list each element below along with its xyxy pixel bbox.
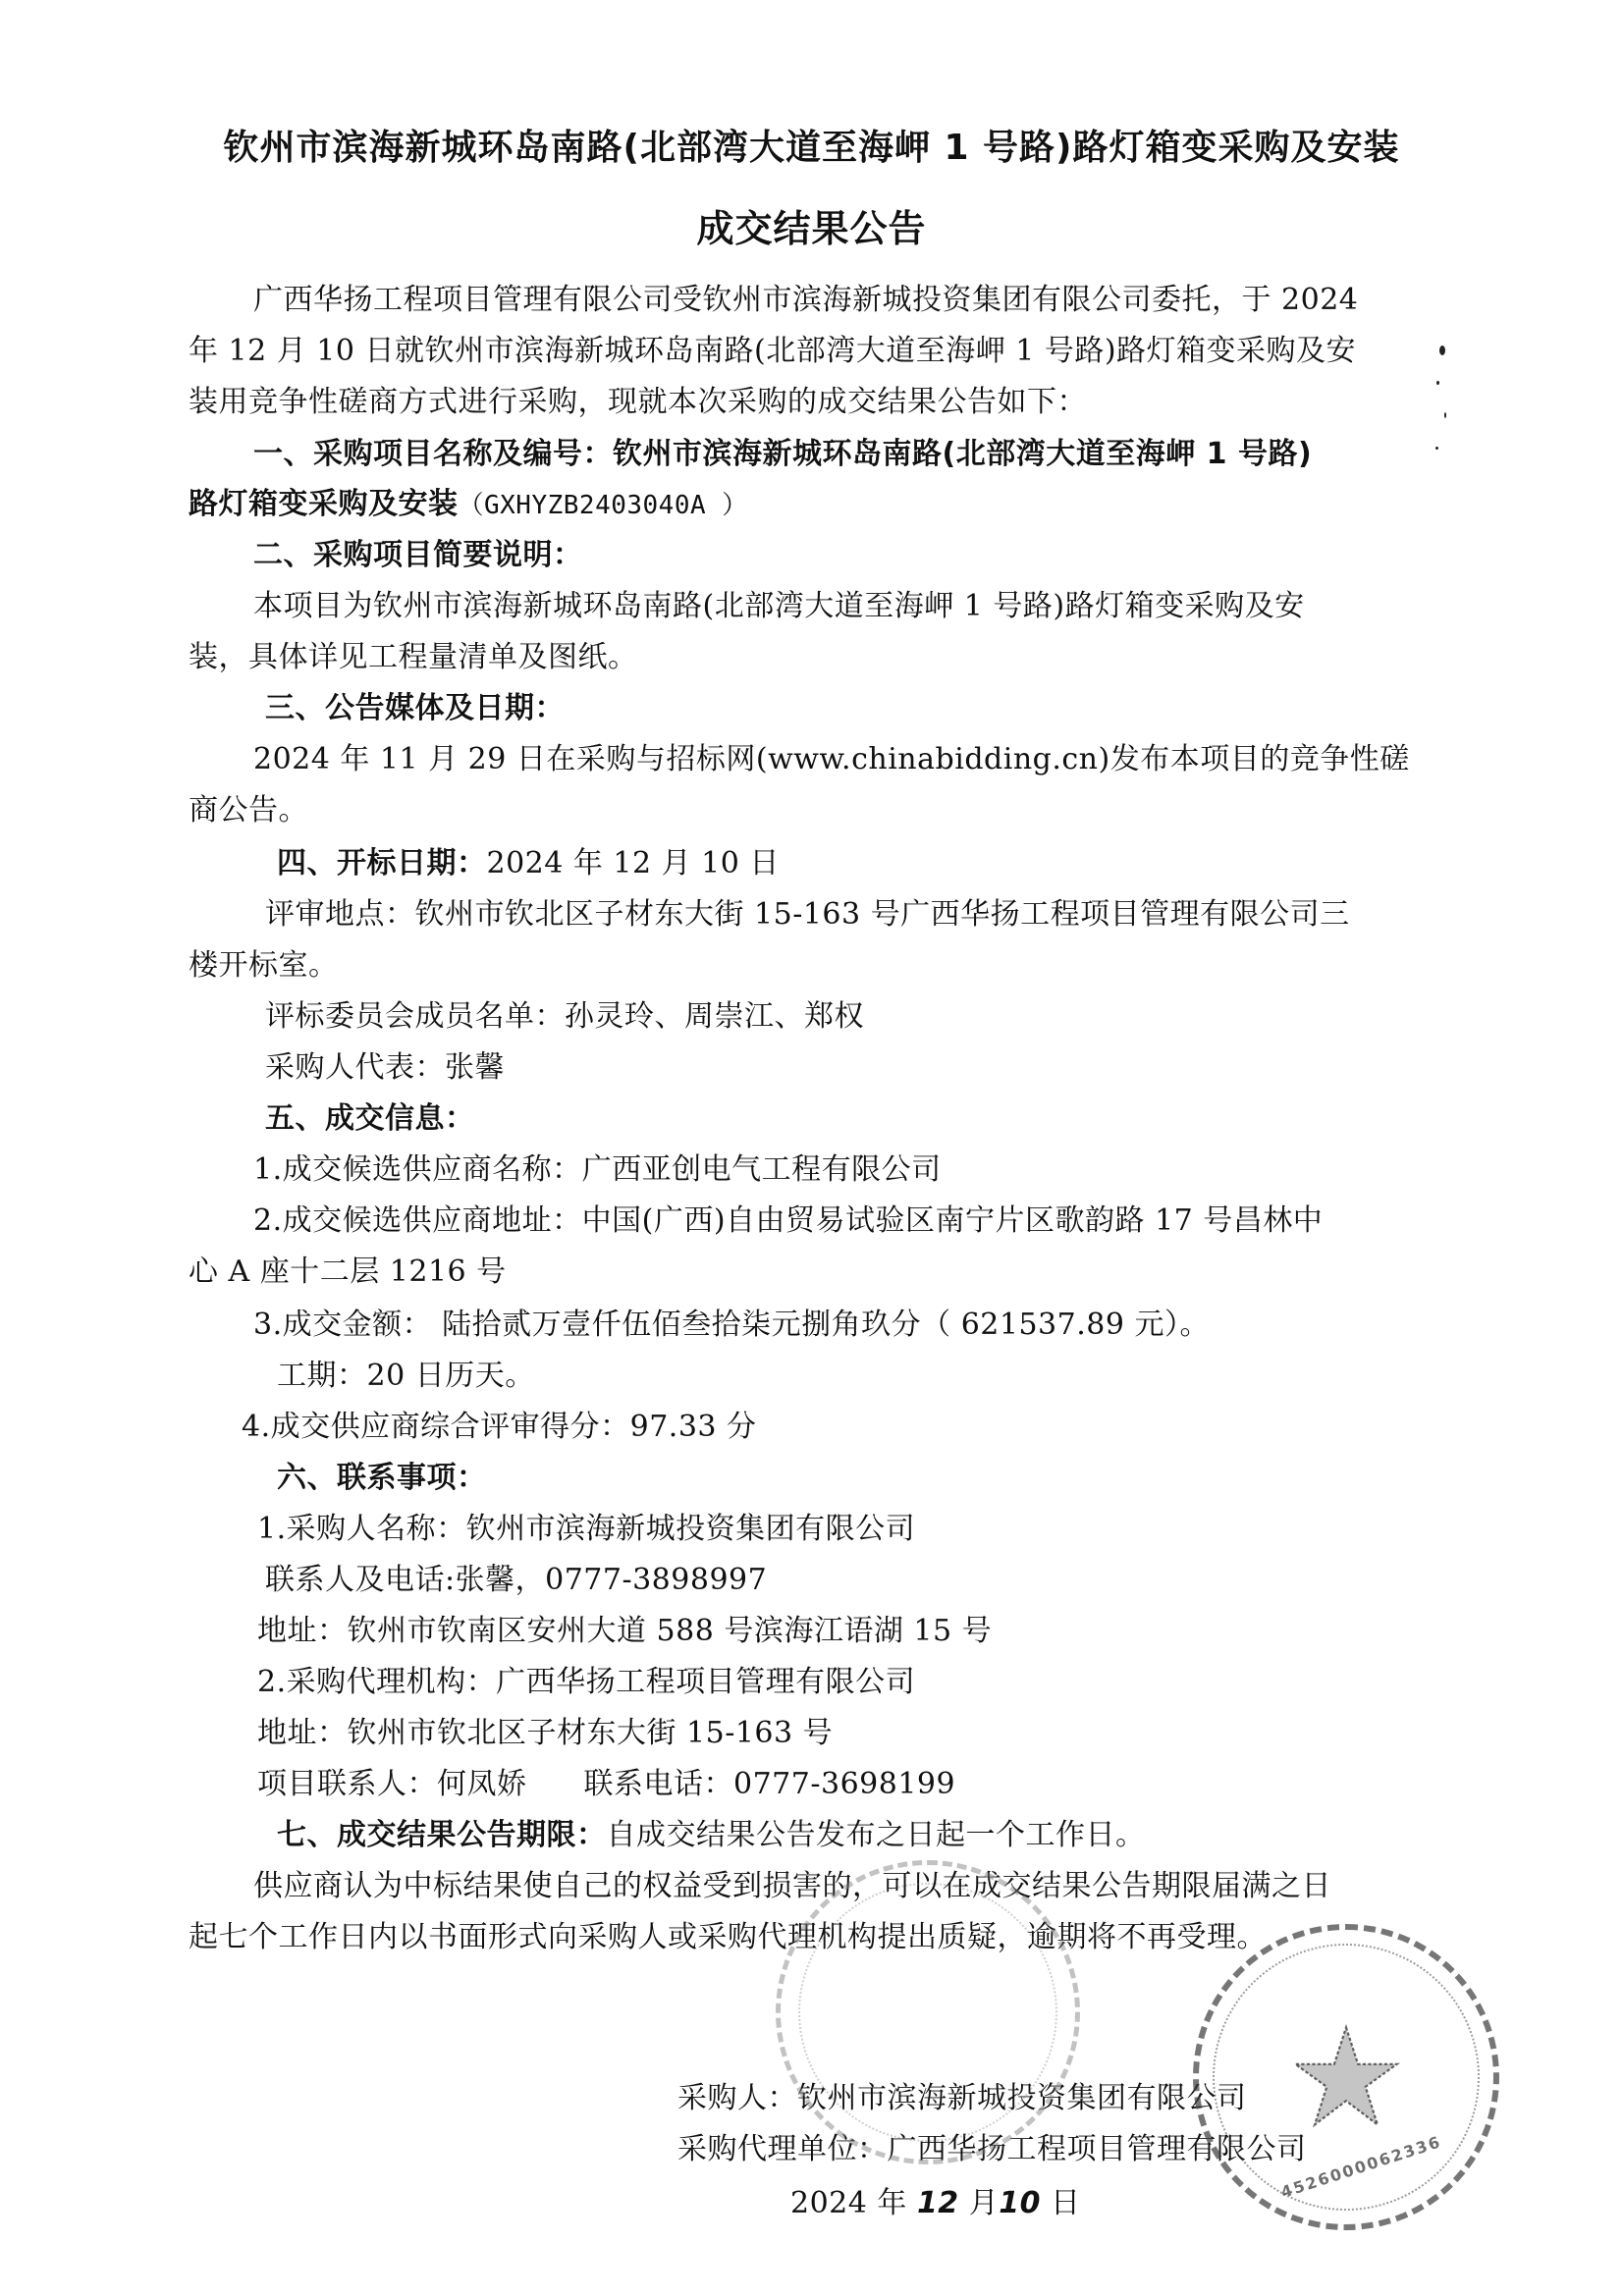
- purchaser-address: 地址：钦州市钦南区安州大道 588 号滨海江语湖 15 号: [257, 1612, 992, 1651]
- date-year: 2024 年: [790, 2186, 907, 2220]
- agency-contact-person: 项目联系人：何凤娇: [257, 1767, 527, 1801]
- seal-star-icon: [1292, 2023, 1400, 2131]
- scan-mark: [1444, 412, 1446, 418]
- section1-line1: 一、采购项目名称及编号：钦州市滨海新城环岛南路(北部湾大道至海岬 1 号路): [253, 435, 1312, 474]
- publicity-period: 自成交结果公告发布之日起一个工作日。: [607, 1818, 1146, 1852]
- intro-line: 广西华扬工程项目管理有限公司受钦州市滨海新城投资集团有限公司委托，于 2024: [253, 281, 1358, 320]
- section1-project-name-part2: 路灯箱变采购及安装: [189, 487, 459, 521]
- evaluation-score: 4.成交供应商综合评审得分：97.33 分: [242, 1408, 757, 1447]
- intro-line: 年 12 月 10 日就钦州市滨海新城环岛南路(北部湾大道至海岬 1 号路)路灯…: [189, 332, 1356, 371]
- agency-address: 地址：钦州市钦北区子材东大街 15-163 号: [257, 1714, 833, 1753]
- section1-project-name-part1: 钦州市滨海新城环岛南路(北部湾大道至海岬 1 号路): [613, 437, 1312, 471]
- committee-members: 评标委员会成员名单：孙灵玲、周崇江、郑权: [265, 997, 864, 1037]
- section3-line: 2024 年 11 月 29 日在采购与招标网(www.chinabidding…: [253, 740, 1410, 779]
- signature-date: 2024 年 12 月10 日: [790, 2184, 1081, 2223]
- venue-line: 楼开标室。: [189, 946, 339, 986]
- section2-line: 本项目为钦州市滨海新城环岛南路(北部湾大道至海岬 1 号路)路灯箱变采购及安: [253, 587, 1305, 626]
- date-day-label: 日: [1051, 2186, 1081, 2220]
- complaint-notice-line: 起七个工作日内以书面形式向采购人或采购代理机构提出质疑，逾期将不再受理。: [189, 1918, 1267, 1957]
- venue-line: 评审地点：钦州市钦北区子材东大街 15-163 号广西华扬工程项目管理有限公司三: [265, 895, 1350, 934]
- project-code: （GXHYZB2403040A ）: [459, 491, 748, 520]
- purchaser-name: 1.采购人名称：钦州市滨海新城投资集团有限公司: [257, 1510, 915, 1549]
- section1-line2: 路灯箱变采购及安装（GXHYZB2403040A ）: [189, 485, 748, 525]
- section7-line: 七、成交结果公告期限：自成交结果公告发布之日起一个工作日。: [277, 1816, 1146, 1855]
- agency-seal-stamp: 4526000062336: [1193, 1924, 1499, 2230]
- complaint-notice-line: 供应商认为中标结果使自己的权益受到损害的，可以在成交结果公告期限届满之日: [253, 1867, 1331, 1906]
- agency-contact-line: 项目联系人：何凤娇联系电话：0777-3698199: [257, 1765, 955, 1804]
- section5-heading: 五、成交信息：: [265, 1099, 475, 1139]
- document-title-line1: 钦州市滨海新城环岛南路(北部湾大道至海岬 1 号路)路灯箱变采购及安装: [0, 126, 1623, 171]
- intro-line: 装用竞争性磋商方式进行采购，现就本次采购的成交结果公告如下：: [189, 383, 1087, 422]
- signature-purchaser: 采购人：钦州市滨海新城投资集团有限公司: [677, 2079, 1247, 2118]
- document-page: 钦州市滨海新城环岛南路(北部湾大道至海岬 1 号路)路灯箱变采购及安装 成交结果…: [0, 0, 1623, 2296]
- section4-heading: 四、开标日期：: [277, 846, 487, 881]
- purchaser-representative: 采购人代表：张馨: [265, 1048, 505, 1088]
- section3-line: 商公告。: [189, 791, 308, 830]
- scan-mark: [1435, 447, 1438, 450]
- seal-inner-ring: [1213, 1944, 1480, 2211]
- section3-heading: 三、公告媒体及日期：: [265, 689, 565, 728]
- section6-heading: 六、联系事项：: [277, 1459, 487, 1498]
- section2-line: 装，具体详见工程量清单及图纸。: [189, 638, 638, 677]
- deal-amount: 3.成交金额： 陆拾贰万壹仟伍佰叁拾柒元捌角玖分（ 621537.89 元）。: [253, 1306, 1210, 1345]
- supplier-name: 1.成交候选供应商名称：广西亚创电气工程有限公司: [253, 1150, 942, 1190]
- scan-mark: [1439, 346, 1445, 355]
- signature-agency: 采购代理单位：广西华扬工程项目管理有限公司: [677, 2130, 1307, 2169]
- scan-mark: [1436, 381, 1439, 385]
- section2-heading: 二、采购项目简要说明：: [253, 536, 583, 575]
- date-day-handwritten: 10: [999, 2186, 1041, 2220]
- section4-line: 四、开标日期：2024 年 12 月 10 日: [277, 844, 780, 883]
- agency-name: 2.采购代理机构：广西华扬工程项目管理有限公司: [257, 1663, 915, 1702]
- supplier-address-line: 2.成交候选供应商地址：中国(广西)自由贸易试验区南宁片区歌韵路 17 号昌林中: [253, 1201, 1323, 1241]
- bid-opening-date: 2024 年 12 月 10 日: [487, 846, 780, 881]
- construction-duration: 工期：20 日历天。: [277, 1357, 535, 1396]
- purchaser-contact: 联系人及电话:张馨，0777-3898997: [265, 1561, 767, 1600]
- date-month-handwritten: 12: [917, 2186, 959, 2220]
- section1-heading: 一、采购项目名称及编号：: [253, 437, 613, 471]
- section7-heading: 七、成交结果公告期限：: [277, 1818, 607, 1852]
- document-title-line2: 成交结果公告: [0, 206, 1623, 251]
- supplier-address-line: 心 A 座十二层 1216 号: [189, 1253, 507, 1292]
- agency-phone: 联系电话：0777-3698199: [584, 1767, 956, 1801]
- date-month-label: 月: [969, 2186, 1000, 2220]
